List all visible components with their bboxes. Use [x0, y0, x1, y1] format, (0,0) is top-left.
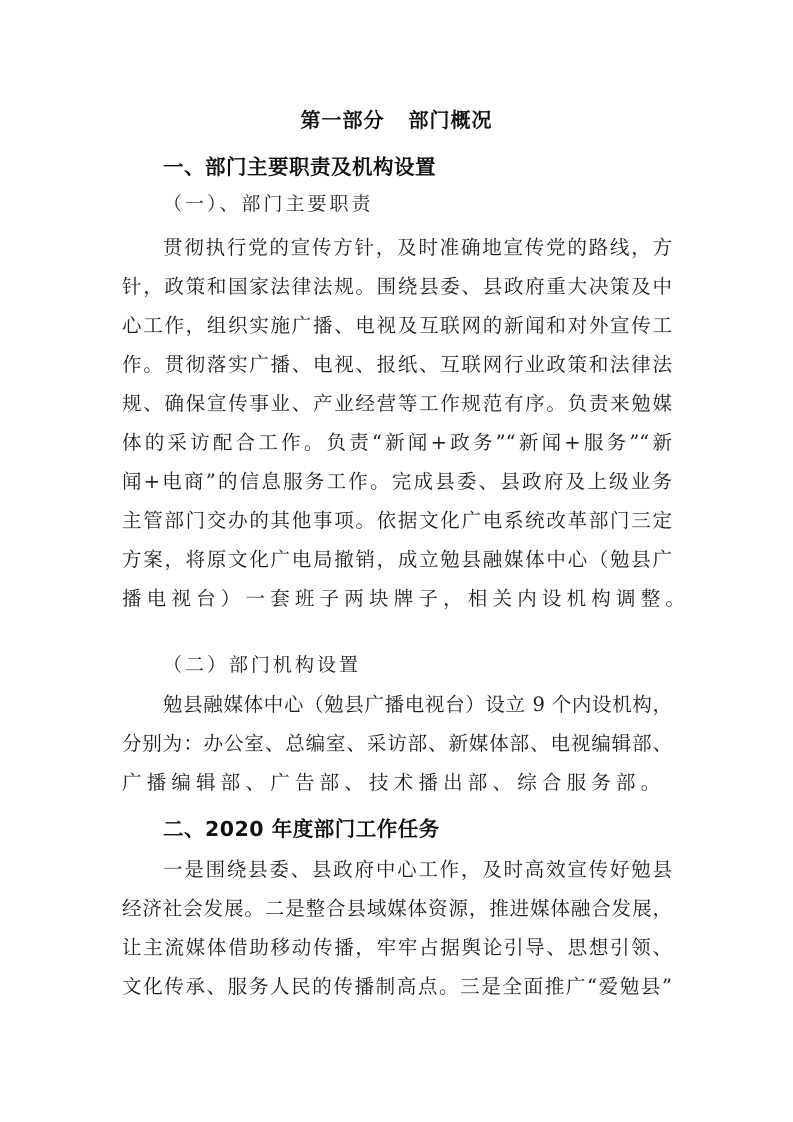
title-part: 第一部分 — [301, 108, 385, 132]
paragraph-line: 勉县融媒体中心（勉县广播电视台）设立 9 个内设机构， — [163, 689, 672, 717]
paragraph-line: 方案，将原文化广电局撤销，成立勉县融媒体中心（勉县广 — [122, 544, 672, 572]
paragraph-line: 经济社会发展。二是整合县域媒体资源，推进媒体融合发展， — [122, 893, 672, 921]
paragraph-line: 闻+电商”的信息服务工作。完成县委、县政府及上级业务 — [122, 466, 672, 494]
paragraph-line: 分别为：办公室、总编室、采访部、新媒体部、电视编辑部、 — [122, 728, 672, 756]
section-heading-1: 一、部门主要职责及机构设置 — [163, 150, 436, 180]
section-heading-2: 二、2020 年度部门工作任务 — [163, 812, 440, 842]
paragraph-line: 针，政策和国家法律法规。围绕县委、县政府重大决策及中 — [122, 271, 672, 299]
paragraph-line: 主管部门交办的其他事项。依据文化广电系统改革部门三定 — [122, 505, 672, 533]
paragraph-line: 播电视台）一套班子两块牌子，相关内设机构调整。 — [122, 583, 672, 611]
paragraph-line: 作。贯彻落实广播、电视、报纸、互联网行业政策和法律法 — [122, 349, 672, 377]
subsection-heading-duties: （一）、部门主要职责 — [163, 189, 374, 216]
paragraph-line: 心工作，组织实施广播、电视及互联网的新闻和对外宣传工 — [122, 310, 672, 338]
subsection-heading-structure: （二）部门机构设置 — [163, 650, 361, 677]
paragraph-line: 广播编辑部、广告部、技术播出部、综合服务部。 — [122, 767, 672, 795]
paragraph-line: 贯彻执行党的宣传方针，及时准确地宣传党的路线，方 — [163, 232, 672, 260]
paragraph-line: 体的采访配合工作。负责“新闻+政务”“新闻+服务”“新 — [122, 427, 672, 455]
paragraph-line: 规、确保宣传事业、产业经营等工作规范有序。负责来勉媒 — [122, 388, 672, 416]
document-page: 第一部分部门概况 一、部门主要职责及机构设置 （一）、部门主要职责 贯彻执行党的… — [0, 0, 793, 1122]
paragraph-line: 让主流媒体借助移动传播，牢牢占据舆论引导、思想引领、 — [122, 932, 672, 960]
title-name: 部门概况 — [409, 108, 493, 132]
paragraph-line: 文化传承、服务人民的传播制高点。三是全面推广“爱勉县” — [122, 971, 672, 999]
page-title: 第一部分部门概况 — [0, 104, 793, 133]
paragraph-line: 一是围绕县委、县政府中心工作，及时高效宣传好勉县 — [163, 854, 672, 882]
